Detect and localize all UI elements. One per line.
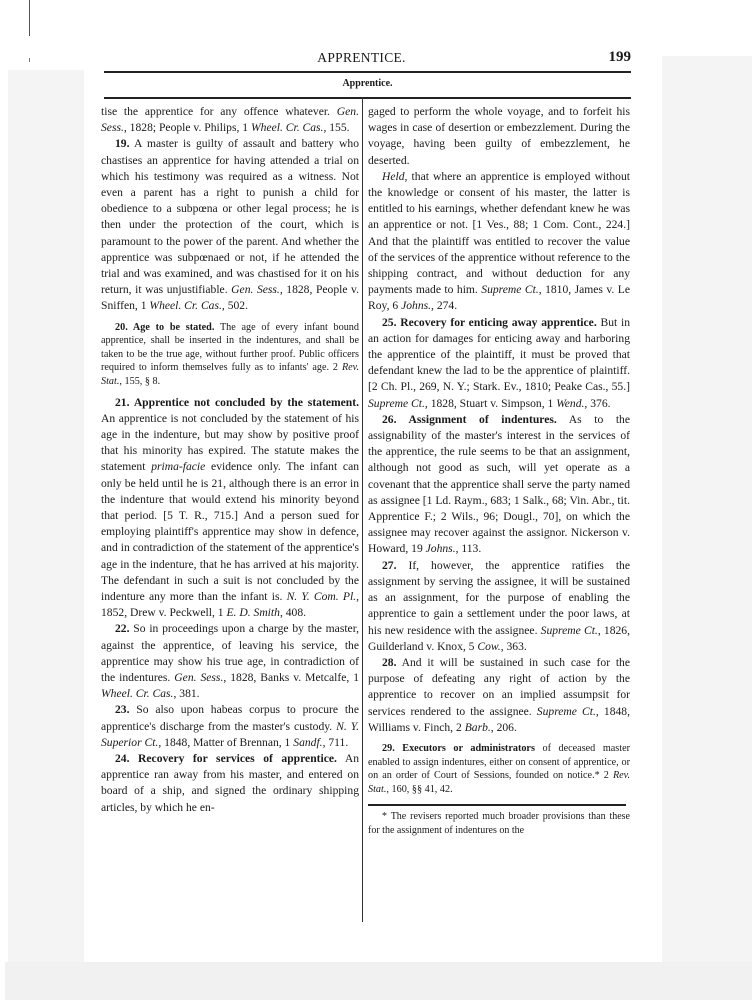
latin-term: prima-facie xyxy=(151,460,205,473)
background-panel-right xyxy=(662,56,752,1000)
citation-court: Supreme Ct. xyxy=(541,624,598,637)
paragraph-number: 20. xyxy=(115,322,128,333)
paragraph-heading: Executors or administrators xyxy=(395,743,535,754)
citation-text: , 1828, Stuart v. Simpson, 1 xyxy=(425,397,556,410)
paragraph-text: As to the assignability of the master's … xyxy=(368,413,630,556)
background-panel-left xyxy=(8,70,84,1000)
paragraph-23: 23. So also upon habeas corpus to procur… xyxy=(101,702,359,751)
citation-reporter: Johns. xyxy=(426,542,456,555)
citation-end: , 376. xyxy=(584,397,610,410)
header-rule-bottom xyxy=(104,97,631,99)
citation-reporter: Wheel. Cr. Cas. xyxy=(101,687,173,700)
paragraph-26: 26. Assignment of indentures. As to the … xyxy=(368,412,630,558)
citation-court: Gen. Sess. xyxy=(231,283,280,296)
citation-reporter: Cow. xyxy=(477,640,500,653)
citation-court: Gen. Sess. xyxy=(174,671,223,684)
paragraph-number: 27. xyxy=(382,559,397,572)
paragraph-29: 29. Executors or administrators of decea… xyxy=(368,742,630,796)
paragraph-heading: Apprentice not concluded by the statemen… xyxy=(130,396,360,409)
paragraph-number: 23. xyxy=(115,703,130,716)
citation-text: , 1848, Matter of Brennan, 1 xyxy=(158,736,293,749)
paragraph-text: So also upon habeas corpus to procure th… xyxy=(101,703,359,732)
paragraph-text: , that where an apprentice is employed w… xyxy=(368,170,630,296)
citation-reporter: Johns. xyxy=(401,299,431,312)
paragraph-number: 26. xyxy=(382,413,397,426)
paragraph-number: 22. xyxy=(115,622,130,635)
paragraph-heading: Recovery for services of apprentice. xyxy=(130,752,337,765)
citation-reporter: Barb. xyxy=(465,721,491,734)
citation-reporter: Wheel. Cr. Cas. xyxy=(149,299,221,312)
paragraph-21: 21. Apprentice not concluded by the stat… xyxy=(101,395,359,622)
citation-end: , 206. xyxy=(491,721,517,734)
citation-court: Supreme Ct. xyxy=(537,705,596,718)
background-panel-bottom xyxy=(5,962,752,1000)
citation-reporter: Wheel. Cr. Cas. xyxy=(251,121,323,134)
scan-mark xyxy=(29,0,30,36)
citation-end: , 363. xyxy=(501,640,527,653)
paragraph-number: 24. xyxy=(115,752,130,765)
paragraph-24: 24. Recovery for services of apprentice.… xyxy=(101,751,359,816)
paragraph-22: 22. So in proceedings upon a charge by t… xyxy=(101,621,359,702)
paragraph-number: 25. xyxy=(382,316,397,329)
citation-reporter: Wend. xyxy=(556,397,584,410)
paragraph-continued: gaged to perform the whole voyage, and t… xyxy=(368,104,630,169)
citation-reporter: E. D. Smith xyxy=(226,606,279,619)
paragraph-heading: Age to be stated. xyxy=(128,322,215,333)
right-column: gaged to perform the whole voyage, and t… xyxy=(368,104,630,839)
paragraph-text: gaged to perform the whole voyage, and t… xyxy=(368,105,630,167)
paragraph-text: evidence only. The infant can only be he… xyxy=(101,460,359,603)
citation-end: , 502. xyxy=(222,299,248,312)
scan-mark xyxy=(29,58,30,62)
paragraph-27: 27. If, however, the apprentice ratifies… xyxy=(368,558,630,655)
paragraph-number: 19. xyxy=(115,137,130,150)
paragraph-number: 29. xyxy=(382,743,395,754)
paragraph-20: 20. Age to be stated. The age of every i… xyxy=(101,321,359,389)
paragraph-continued: tise the apprentice for any offence what… xyxy=(101,104,359,136)
running-title: APPRENTICE. xyxy=(104,50,619,66)
paragraph-number: 28. xyxy=(382,656,397,669)
paragraph-28: 28. And it will be sustained in such cas… xyxy=(368,655,630,736)
citation-end: , 381. xyxy=(173,687,199,700)
footnote-rule xyxy=(368,804,626,805)
citation-end: , 160, §§ 41, 42. xyxy=(386,784,452,795)
paragraph-text: tise the apprentice for any offence what… xyxy=(101,105,337,118)
held-label: Held xyxy=(382,170,405,183)
paragraph-heading: Assignment of indentures. xyxy=(397,413,557,426)
running-head: APPRENTICE. 199 xyxy=(104,50,619,70)
paragraph-heading: Recovery for enticing away apprentice. xyxy=(397,316,597,329)
citation-court: N. Y. Com. Pl. xyxy=(287,590,357,603)
citation-end: , 408. xyxy=(280,606,306,619)
paragraph-25: 25. Recovery for enticing away apprentic… xyxy=(368,315,630,412)
section-subhead: Apprentice. xyxy=(104,78,631,89)
scanned-page: APPRENTICE. 199 Apprentice. tise the app… xyxy=(84,0,662,962)
footnote: * The revisers reported much broader pro… xyxy=(368,810,630,839)
citation-court: Supreme Ct. xyxy=(481,283,538,296)
left-column: tise the apprentice for any offence what… xyxy=(101,104,359,816)
citation-text: , 1828, Banks v. Metcalfe, 1 xyxy=(223,671,359,684)
paragraph-19: 19. A master is guilty of assault and ba… xyxy=(101,136,359,314)
citation-reporter: Sandf. xyxy=(293,736,322,749)
citation-text: , 1828; People v. Philips, 1 xyxy=(124,121,251,134)
citation-end: , 155, § 8. xyxy=(119,376,160,387)
citation-court: Supreme Ct. xyxy=(368,397,425,410)
citation-end: , 711. xyxy=(323,736,349,749)
paragraph-held: Held, that where an apprentice is employ… xyxy=(368,169,630,315)
header-rule-top xyxy=(104,71,631,73)
citation-end: , 155. xyxy=(323,121,349,134)
paragraph-text: A master is guilty of assault and batter… xyxy=(101,137,359,296)
paragraph-number: 21. xyxy=(115,396,130,409)
citation-end: , 274. xyxy=(431,299,457,312)
page-number: 199 xyxy=(609,49,632,66)
citation-end: , 113. xyxy=(456,542,482,555)
column-divider xyxy=(362,97,363,922)
